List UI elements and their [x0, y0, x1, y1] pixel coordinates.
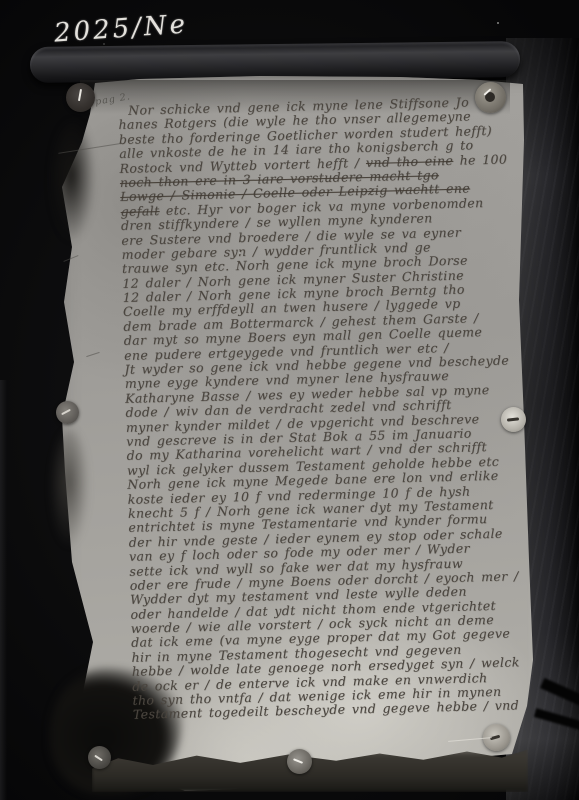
- plate-inscription: 2025/Ne: [53, 9, 189, 48]
- plate-left-edge: [0, 380, 7, 800]
- screw-slot: [293, 758, 303, 764]
- screw-bottom-left: [88, 746, 111, 769]
- dust-speck: [239, 252, 241, 254]
- pin-needle: [78, 89, 82, 101]
- screw-slot: [61, 409, 71, 415]
- screw-left-middle: [56, 401, 79, 424]
- torn-edge-stain: [52, 122, 94, 240]
- handwriting-block: Nor schicke vnd gene ick myne lene Stiff…: [118, 94, 531, 722]
- pin-top-left: [66, 83, 95, 112]
- screw-slot: [507, 417, 519, 421]
- screw-bottom-center: [287, 749, 312, 774]
- manuscript-text: he 100: [453, 151, 507, 167]
- torn-edge-stain: [52, 430, 88, 546]
- screw-right-middle: [501, 407, 526, 432]
- dust-speck: [497, 22, 499, 24]
- dust-speck: [103, 43, 105, 45]
- archival-photograph: 2025/Ne Nor schicke vnd gene ick myne le…: [0, 0, 579, 800]
- screw-slot: [94, 755, 103, 762]
- screw-top-right: [475, 82, 506, 113]
